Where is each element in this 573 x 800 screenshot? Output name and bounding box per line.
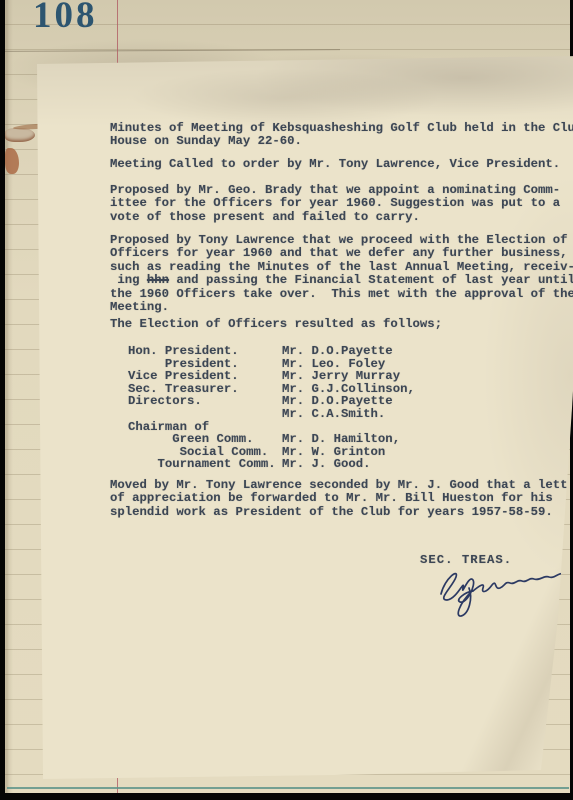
page-number: 108: [33, 0, 98, 37]
officer-title: Hon. President.: [128, 345, 282, 358]
nominating-committee-motion: Proposed by Mr. Geo. Brady that we appoi…: [110, 184, 560, 224]
officer-title: Vice President.: [128, 370, 282, 383]
minutes-document: Minutes of Meeting of Kebsquasheshing Go…: [35, 56, 573, 784]
struck-typo: hhn: [147, 273, 169, 287]
officer-name: Mr. C.A.Smith.: [282, 407, 385, 421]
officers-list: Hon. President.Mr. D.O.Payette President…: [128, 345, 415, 471]
officer-title: Green Comm.: [128, 433, 282, 446]
ledger-page: 108 Minutes of Meeting of Kebsquasheshin…: [5, 0, 570, 793]
officer-row: Mr. C.A.Smith.: [128, 408, 415, 421]
called-to-order-line: Meeting Called to order by Mr. Tony Lawr…: [110, 158, 560, 171]
appreciation-motion: Moved by Mr. Tony Lawrence seconded by M…: [110, 479, 573, 519]
officer-name: Mr. J. Good.: [282, 457, 371, 471]
election-results-intro: The Election of Officers resulted as fol…: [110, 318, 442, 331]
officer-title: Tournament Comm.: [128, 458, 282, 471]
election-motion-text-post: and passing the Financial Statement of l…: [110, 273, 573, 314]
ledger-footer-line: [7, 787, 569, 789]
election-motion: Proposed by Tony Lawrence that we procee…: [110, 234, 573, 314]
signature-handwriting: [407, 564, 573, 624]
minutes-heading: Minutes of Meeting of Kebsquasheshing Go…: [110, 122, 573, 149]
scan-frame: 108 Minutes of Meeting of Kebsquasheshin…: [0, 0, 573, 800]
officer-title: Directors.: [128, 395, 282, 408]
officer-row: Tournament Comm.Mr. J. Good.: [128, 458, 415, 471]
paper-tear: [5, 128, 35, 142]
